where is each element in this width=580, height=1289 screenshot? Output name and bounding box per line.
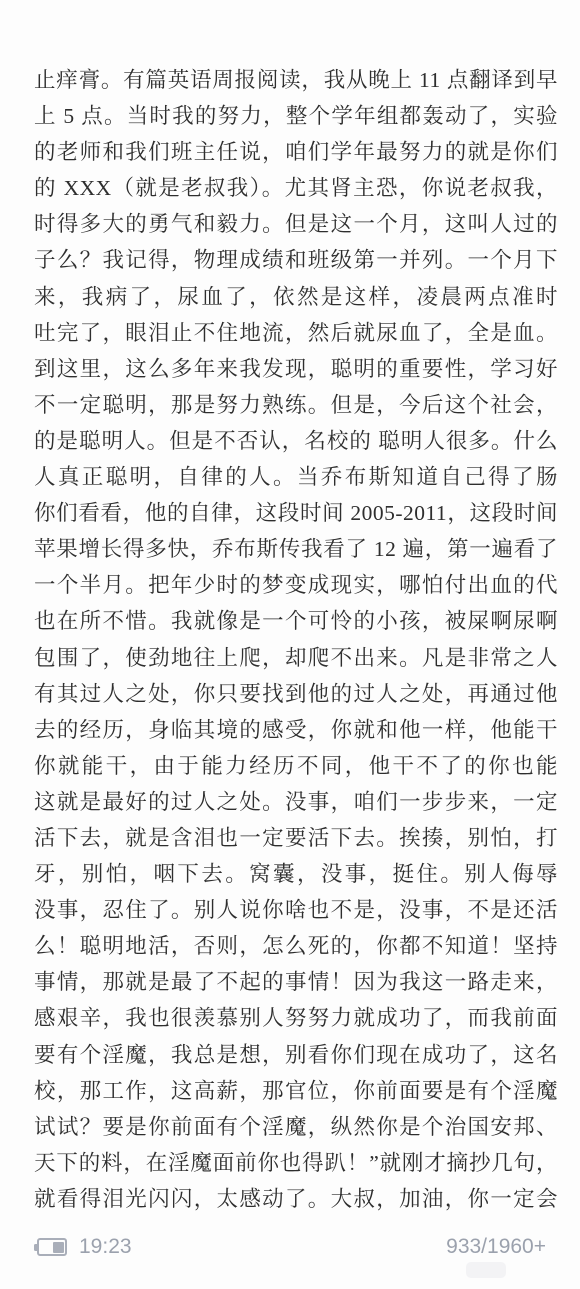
status-bar: 19:23 933/1960+ — [34, 1230, 546, 1264]
text-line: 你们看看，他的自律，这段时间 2005-2011，这段时间 — [34, 495, 558, 531]
text-line: 子么？我记得，物理成绩和班级第一并列。一个月下 — [34, 242, 558, 278]
text-line: 的是聪明人。但是不否认，名校的 聪明人很多。什么 — [34, 423, 558, 459]
text-line: 吐完了，眼泪止不住地流，然后就尿血了，全是血。写 — [34, 315, 558, 351]
battery-body — [37, 1238, 67, 1256]
battery-half-icon — [34, 1238, 67, 1256]
text-line: 止痒膏。有篇英语周报阅读，我从晚上 11 点翻译到早 — [34, 62, 558, 98]
text-line: 么！聪明地活，否则，怎么死的，你都不知道！坚持小 — [34, 928, 558, 964]
text-line: 包围了，使劲地往上爬，却爬不出来。凡是非常之人必 — [34, 640, 558, 676]
text-line: 有其过人之处，你只要找到他的过人之处，再通过他过 — [34, 676, 558, 712]
text-line: 你就能干，由于能力经历不同，他干不了的你也能干， — [34, 748, 558, 784]
text-line: 就看得泪光闪闪，太感动了。大叔，加油，你一定会成 — [34, 1181, 558, 1217]
faint-smudge — [466, 1262, 506, 1278]
text-line: 没事，忍住了。别人说你啥也不是，没事，不是还活着 — [34, 892, 558, 928]
text-line: 不一定聪明，那是努力熟练。但是，今后这个社会，要 — [34, 387, 558, 423]
text-line: 试试？要是你前面有个淫魔，纵然你是个治国安邦、平 — [34, 1109, 558, 1145]
text-line: 感艰辛，我也很羡慕别人努努力就成功了，而我前面非 — [34, 1000, 558, 1036]
text-line: 时得多大的勇气和毅力。但是这一个月，这叫人过的日 — [34, 206, 558, 242]
text-line: 天下的料，在淫魔面前你也得趴！”就刚才摘抄几句， — [34, 1145, 558, 1181]
text-line: 人真正聪明，自律的人。当乔布斯知道自己得了肠癌， — [34, 459, 558, 495]
text-line: 活下去，就是含泪也一定要活下去。挨揍，别怕，打掉 — [34, 820, 558, 856]
text-line: 校，那工作，这高薪，那官位，你前面要是有个淫魔你 — [34, 1073, 558, 1109]
text-line: 牙，别怕，咽下去。窝囊，没事，挺住。别人侮辱你， — [34, 856, 558, 892]
text-line: 来，我病了，尿血了，依然是这样，凌晨两点准时吐， — [34, 279, 558, 315]
text-line: 苹果增长得多快，乔布斯传我看了 12 遍，第一遍看了 — [34, 531, 558, 567]
text-line: 的 XXX（就是老叔我）。尤其肾主恐，你说老叔我，当 — [34, 170, 558, 206]
text-line: 的老师和我们班主任说，咱们学年最努力的就是你们班 — [34, 134, 558, 170]
text-line: 也在所不惜。我就像是一个可怜的小孩，被屎啊尿啊给 — [34, 603, 558, 639]
page-indicator: 933/1960+ — [446, 1235, 546, 1259]
status-left: 19:23 — [34, 1235, 132, 1259]
text-line: 到这里，这么多年来我发现，聪明的重要性，学习好的 — [34, 351, 558, 387]
text-line: 这就是最好的过人之处。没事，咱们一步步来，一定要 — [34, 784, 558, 820]
text-line: 去的经历，身临其境的感受，你就和他一样，他能干的 — [34, 712, 558, 748]
page-text: 止痒膏。有篇英语周报阅读，我从晚上 11 点翻译到早上 5 点。当时我的努力，整… — [34, 62, 558, 1217]
text-line: 一个半月。把年少时的梦变成现实，哪怕付出血的代价 — [34, 567, 558, 603]
text-line: 事情，那就是最了不起的事情！因为我这一路走来，倍 — [34, 964, 558, 1000]
text-line: 上 5 点。当时我的努力，整个学年组都轰动了，实验班 — [34, 98, 558, 134]
battery-fill — [53, 1242, 64, 1253]
text-line: 要有个淫魔，我总是想，别看你们现在成功了，这名 — [34, 1037, 558, 1073]
status-time: 19:23 — [79, 1235, 132, 1259]
reader-page[interactable]: 止痒膏。有篇英语周报阅读，我从晚上 11 点翻译到早上 5 点。当时我的努力，整… — [0, 0, 580, 1289]
